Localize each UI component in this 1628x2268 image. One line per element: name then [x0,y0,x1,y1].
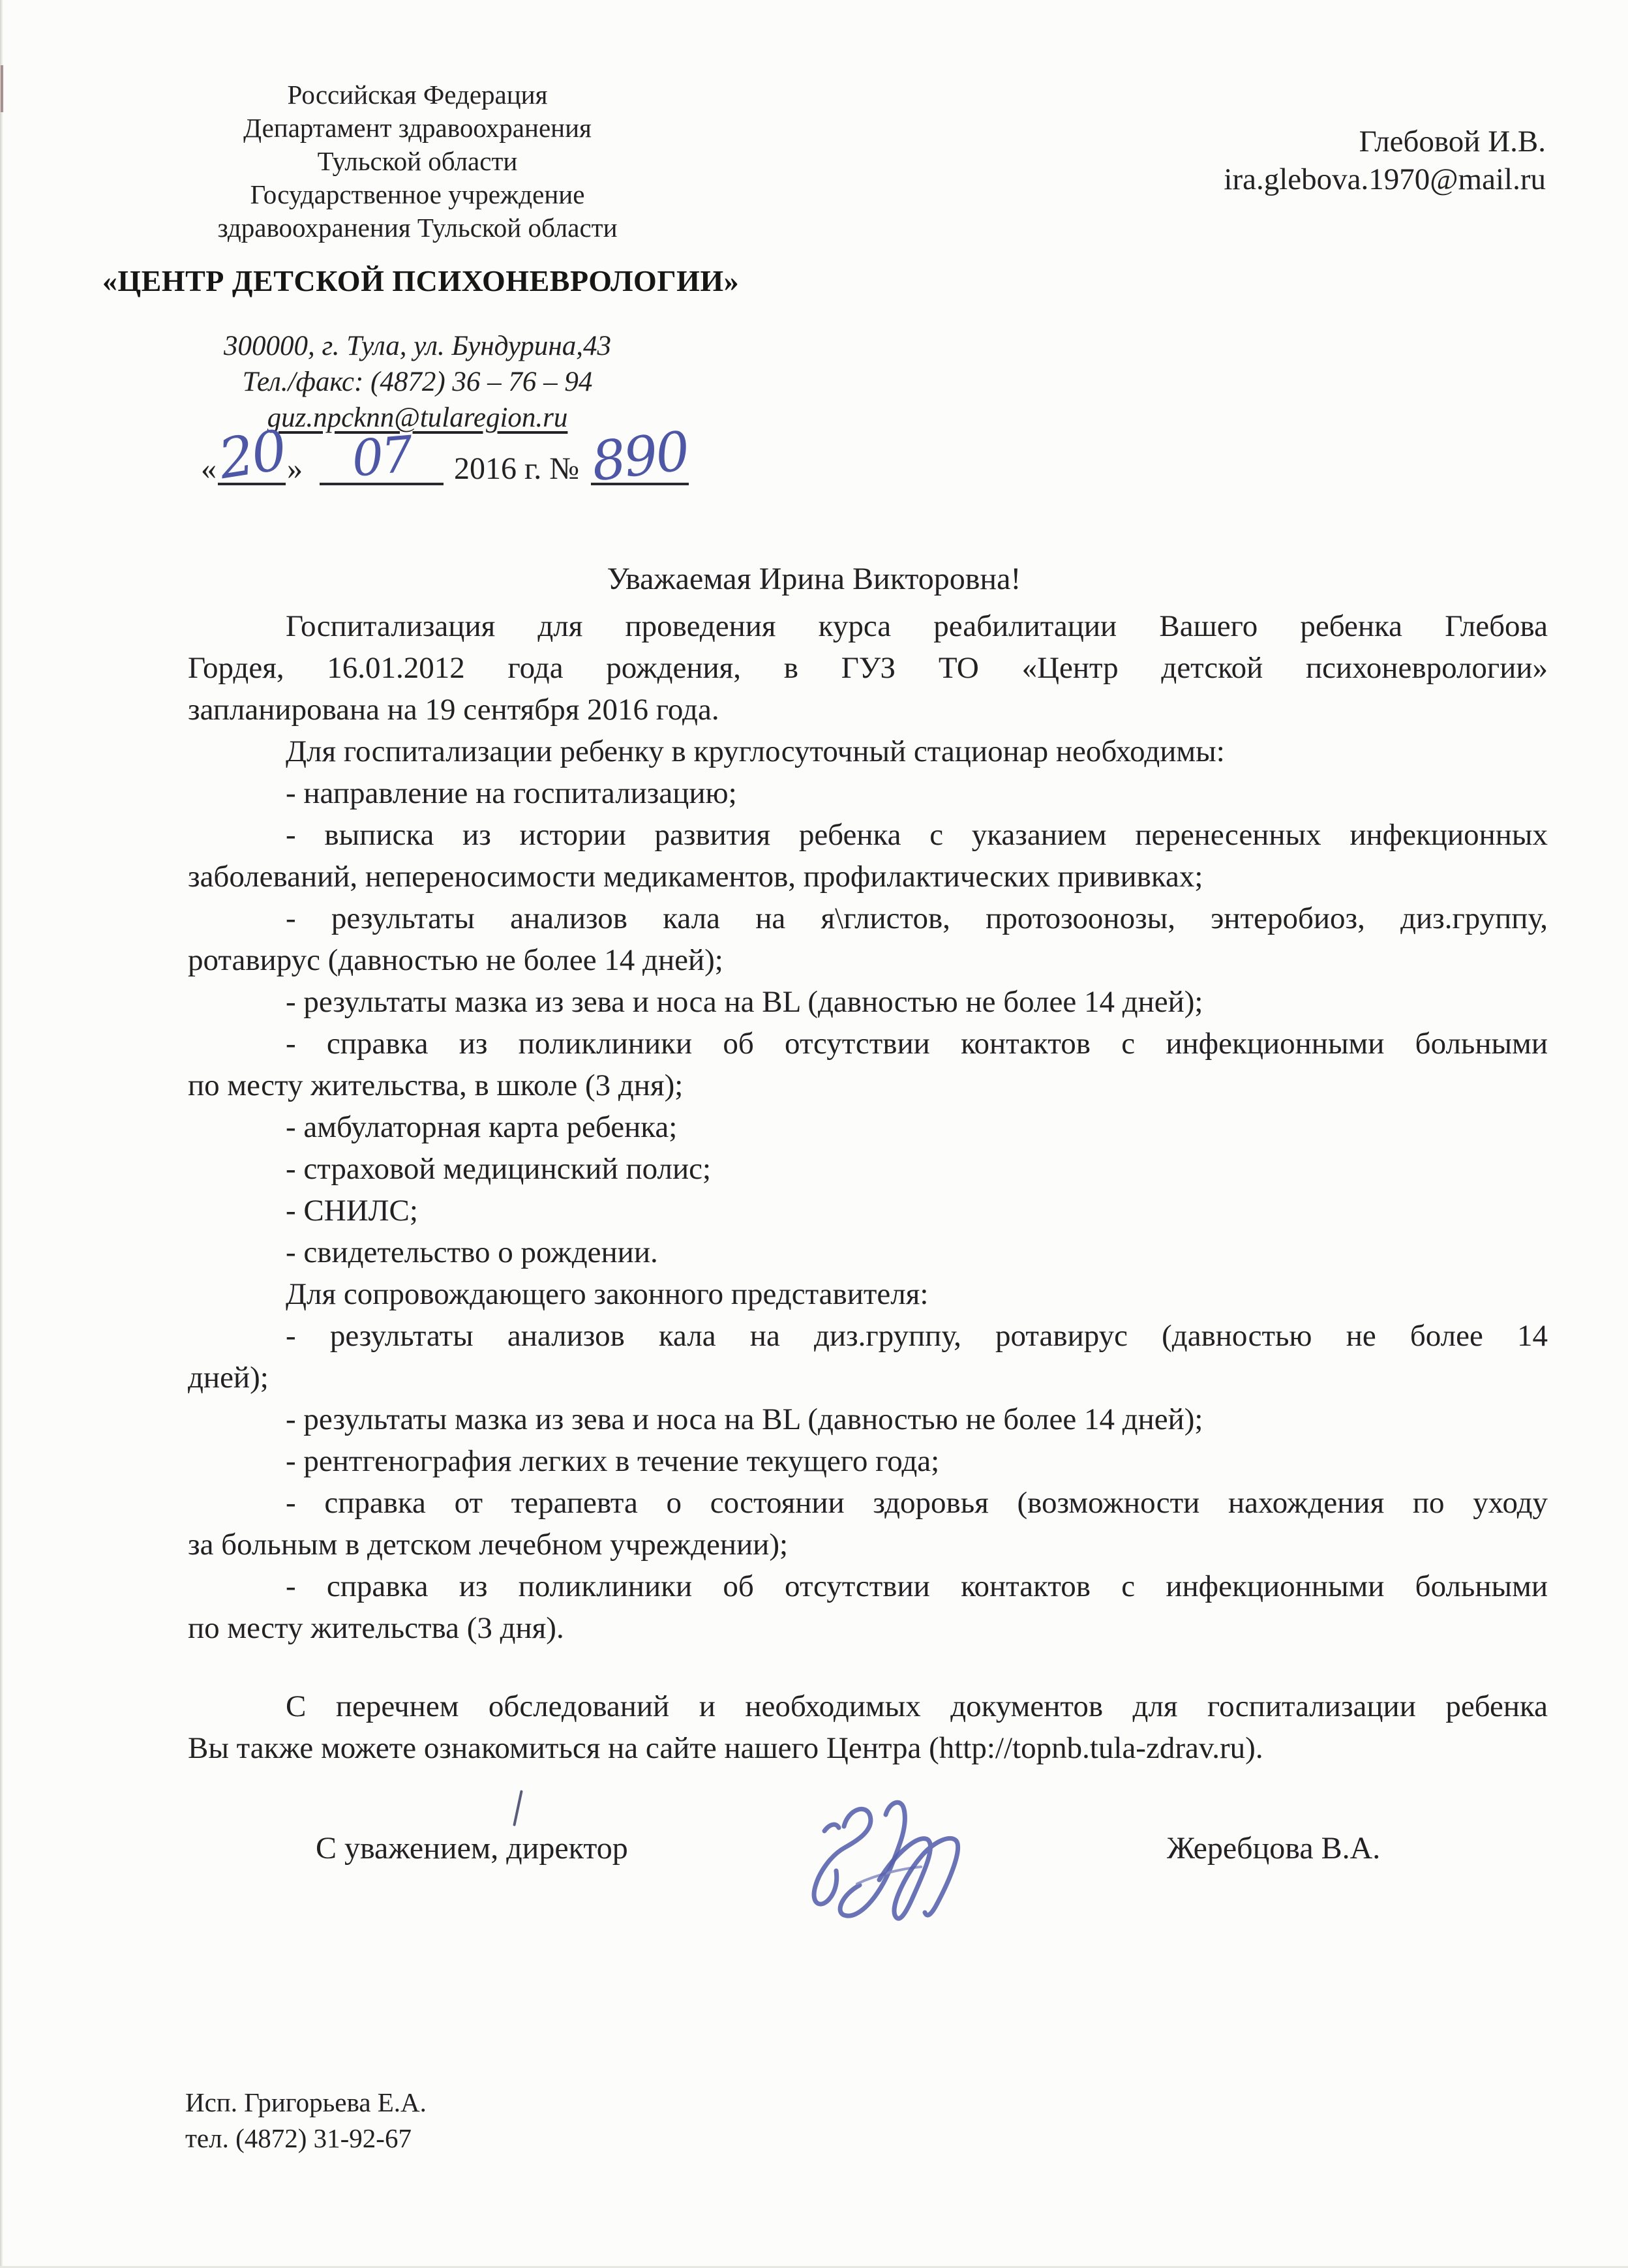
body-line: по месту жительства, в школе (3 дня); [188,1065,1548,1106]
handwritten-day: 20 [215,418,290,492]
body-line: Госпитализация для проведения курса реаб… [188,605,1548,647]
body-line: С перечнем обследований и необходимых до… [188,1686,1548,1727]
letter-body: Госпитализация для проведения курса реаб… [188,605,1548,1769]
body-line: - результаты мазка из зева и носа на BL … [188,981,1548,1023]
body-line: по месту жительства (3 дня). [188,1607,1548,1649]
body-line: - выписка из истории развития ребенка с … [188,814,1548,856]
executor-block: Исп. Григорьева Е.А. тел. (4872) 31-92-6… [185,2085,427,2156]
body-line: Гордея, 16.01.2012 года рождения, в ГУЗ … [188,647,1548,689]
executor-name: Исп. Григорьева Е.А. [185,2085,427,2121]
closing-phrase: С уважением, директор [316,1830,628,1866]
org-line: Тульской области [117,145,717,178]
scanned-letter-page: Российская ФедерацияДепартамент здравоох… [0,0,1628,2268]
body-line: - справка от терапевта о состоянии здоро… [188,1482,1548,1524]
pen-tick-mark [513,1790,523,1826]
body-line: - справка из поликлиники об отсутствии к… [188,1565,1548,1607]
recipient-block: Глебовой И.В. ira.glebova.1970@mail.ru [1224,123,1546,198]
body-line: - справка из поликлиники об отсутствии к… [188,1023,1548,1065]
body-line: - результаты анализов кала на диз.группу… [188,1315,1548,1357]
org-line: здравоохранения Тульской области [117,211,717,245]
open-quote: « [201,451,217,486]
body-line: - направление на госпитализацию; [188,772,1548,814]
reference-line: «20»072016 г. №890 [201,449,689,487]
body-line: Вы также можете ознакомиться на сайте на… [188,1727,1548,1769]
number-field: 890 [591,449,689,485]
scan-dash-artifact [1,65,3,112]
org-line: Российская Федерация [117,78,717,112]
body-line: - страховой медицинский полис; [188,1148,1548,1190]
scan-edge-artifact [0,0,3,2268]
month-field: 07 [320,449,444,485]
body-line: - рентгенография легких в течение текуще… [188,1440,1548,1482]
executor-phone: тел. (4872) 31-92-67 [185,2121,427,2156]
body-line: ротавирус (давностью не более 14 дней); [188,939,1548,981]
body-line: - свидетельство о рождении. [188,1232,1548,1273]
body-line: Для сопровождающего законного представит… [188,1273,1548,1315]
body-line: - СНИЛС; [188,1190,1548,1232]
director-name: Жеребцова В.А. [1167,1830,1380,1866]
org-line: Государственное учреждение [117,178,717,211]
body-line: запланирована на 19 сентября 2016 года. [188,689,1548,731]
letterhead-contact-block: 300000, г. Тула, ул. Бундурина,43 Тел./ф… [117,328,717,436]
year-number-label: 2016 г. № [454,451,579,486]
org-phone-line: Тел./факс: (4872) 36 – 76 – 94 [117,364,717,400]
body-line: за больным в детском лечебном учреждении… [188,1524,1548,1565]
salutation: Уважаемая Ирина Викторовна! [0,561,1628,597]
body-line: дней); [188,1357,1548,1399]
day-field: 20 [218,449,286,485]
org-address-line: 300000, г. Тула, ул. Бундурина,43 [117,328,717,364]
body-line: заболеваний, непереносимости медикаменто… [188,856,1548,898]
body-line: - результаты анализов кала на я\глистов,… [188,898,1548,939]
letterhead-org-block: Российская ФедерацияДепартамент здравоох… [117,78,717,245]
recipient-name: Глебовой И.В. [1224,123,1546,160]
recipient-email: ira.glebova.1970@mail.ru [1224,160,1546,198]
org-line: Департамент здравоохранения [117,112,717,145]
body-line: - амбулаторная карта ребенка; [188,1106,1548,1148]
handwritten-number: 890 [588,420,691,493]
body-line: - результаты мазка из зева и носа на BL … [188,1399,1548,1440]
org-title: «ЦЕНТР ДЕТСКОЙ ПСИХОНЕВРОЛОГИИ» [98,264,744,298]
handwritten-month: 07 [350,425,414,488]
signature-scribble [781,1769,990,1965]
body-line: Для госпитализации ребенку в круглосуточ… [188,731,1548,772]
